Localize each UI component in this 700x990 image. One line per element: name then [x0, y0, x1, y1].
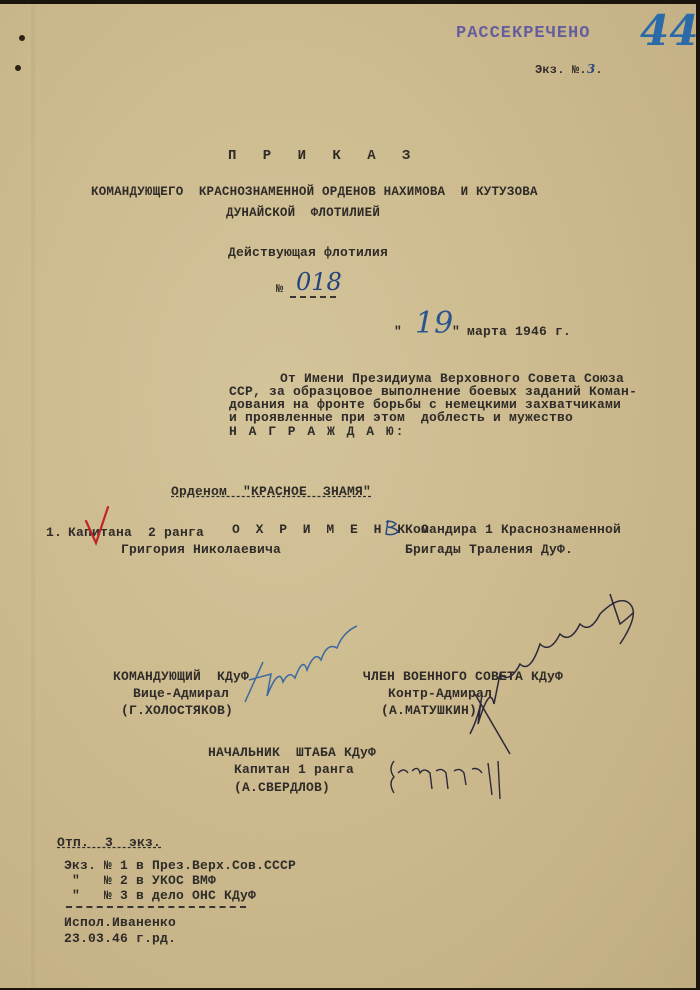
distribution-line-2: " № 2 в УКОС ВМФ [64, 873, 216, 888]
order-heading: Орденом "КРАСНОЕ ЗНАМЯ" [171, 484, 371, 499]
distribution-divider [66, 906, 246, 908]
chief-of-staff-title: НАЧАЛЬНИК ШТАБА КДуФ [208, 745, 376, 760]
declassified-stamp: РАССЕКРЕЧЕНО [456, 24, 590, 43]
council-member-name: (А.МАТУШКИН) [381, 703, 477, 718]
awardee-given-names: Григория Николаевича [121, 542, 281, 557]
executor: Испол.Иваненко [64, 915, 176, 930]
awardee-position-1: Командира 1 Краснознаменной [405, 522, 621, 537]
handwritten-v-mark-icon [384, 518, 404, 538]
document-title: П Р И К А З [228, 148, 419, 164]
commander-rank: Вице-Адмирал [133, 686, 229, 701]
red-checkmark-icon [84, 507, 124, 547]
chief-of-staff-name: (А.СВЕРДЛОВ) [234, 780, 330, 795]
header-line-1: КОМАНДУЮЩЕГО КРАСНОЗНАМЕННОЙ ОРДЕНОВ НАХ… [91, 185, 538, 199]
date-close-quote: " [452, 324, 460, 339]
document-page: РАССЕКРЕЧЕНО Экз. №.3. 44 П Р И К А З КО… [0, 4, 696, 988]
date-month-year: марта 1946 г. [467, 324, 571, 339]
order-number: 018 [296, 268, 342, 296]
commander-name: (Г.ХОЛОСТЯКОВ) [121, 703, 233, 718]
distribution-line-1: Экз. № 1 в През.Верх.Сов.СССР [64, 858, 296, 873]
copy-number: 3 [587, 62, 596, 76]
copy-label: Экз. №.3. [535, 62, 603, 77]
awardee-position-2: Бригады Траления ДуФ. [405, 542, 573, 557]
archive-page-number: 44 [640, 6, 696, 55]
awardee-index: 1. [46, 525, 62, 540]
header-line-2: ДУНАЙСКОЙ ФЛОТИЛИЕЙ [226, 206, 380, 220]
number-underline [290, 296, 336, 298]
distribution-line-3: " № 3 в дело ОНС КДуФ [64, 888, 256, 903]
commander-title: КОМАНДУЮЩИЙ КДуФ [113, 669, 249, 684]
punch-hole [15, 65, 21, 71]
execution-date: 23.03.46 г.рд. [64, 931, 176, 946]
date-open-quote: " [394, 324, 402, 339]
body-line-4: и проявленные при этом доблесть и мужест… [229, 410, 573, 425]
council-member-signature-icon [470, 584, 690, 744]
distribution-header: Отп. 3 экз. [57, 835, 161, 850]
award-verb: Н А Г Р А Ж Д А Ю: [229, 424, 405, 439]
chief-of-staff-rank: Капитан 1 ранга [234, 762, 354, 777]
location: Действующая флотилия [228, 245, 388, 260]
number-prefix: № [276, 282, 283, 296]
punch-hole [19, 35, 25, 41]
chief-of-staff-signature-icon [388, 759, 518, 819]
date-day: 19 [415, 306, 453, 341]
